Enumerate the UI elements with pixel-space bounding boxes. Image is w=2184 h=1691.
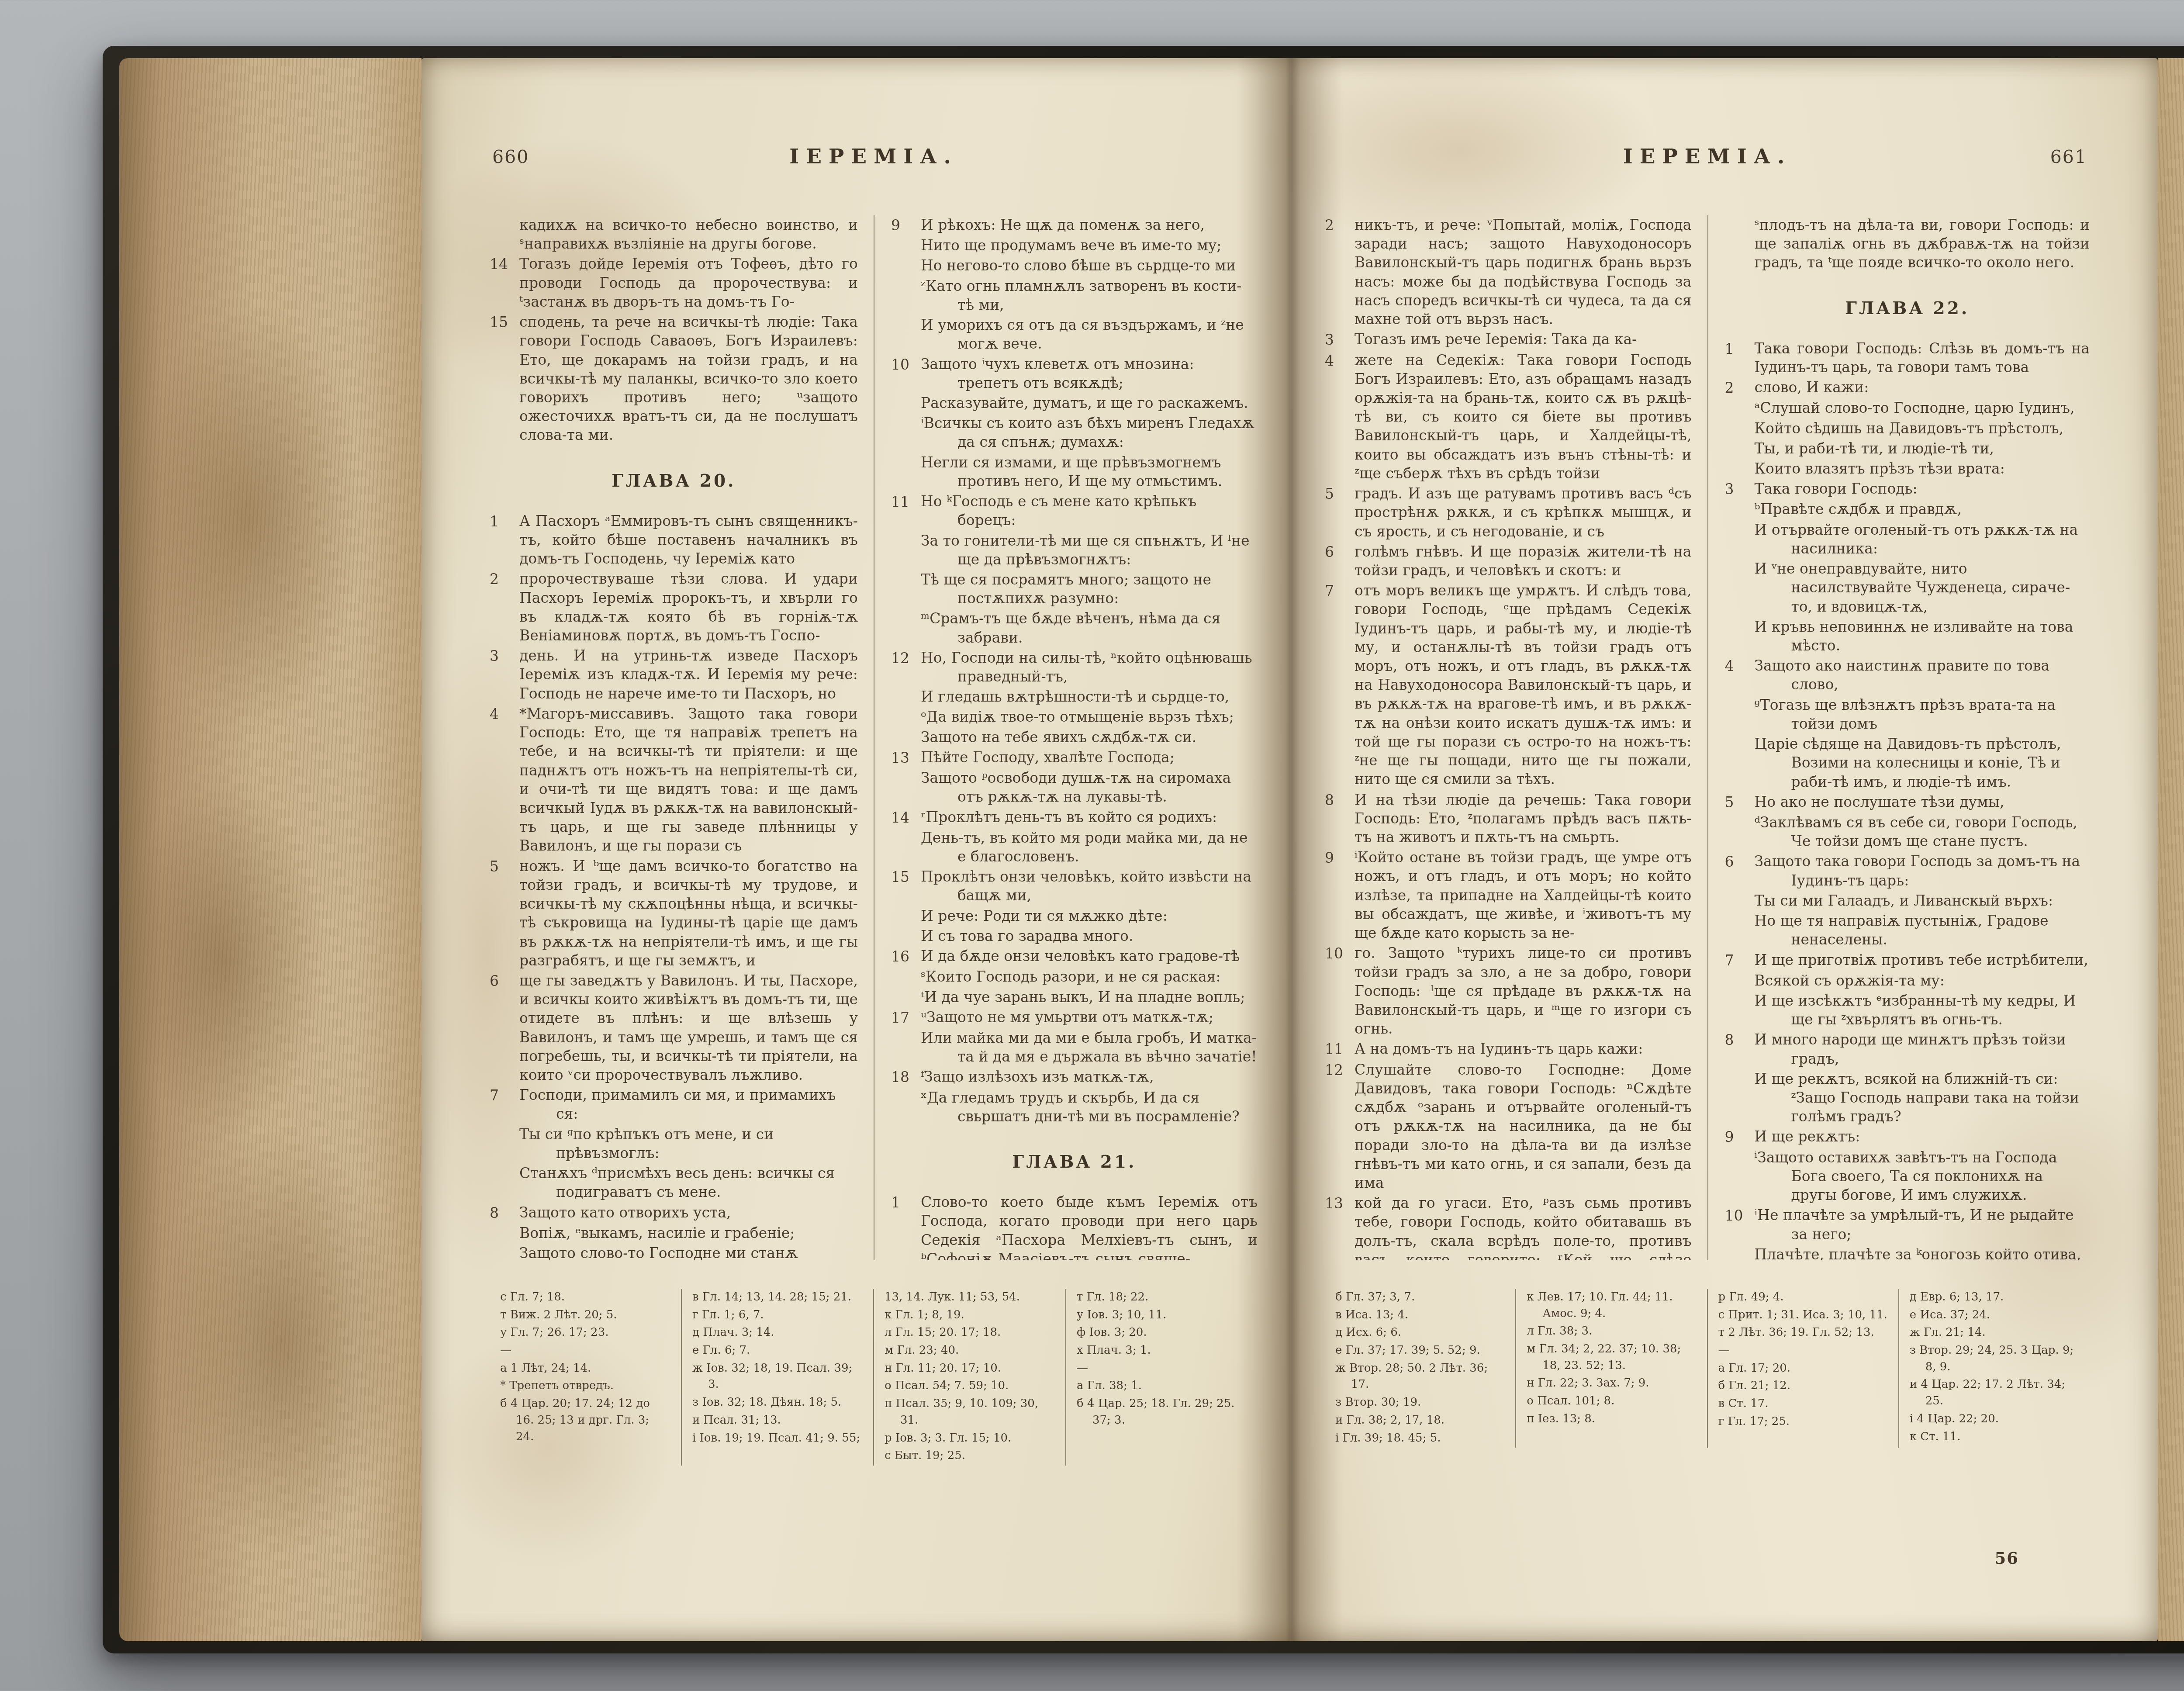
footnote-item: т 2 Лѣт. 36; 19. Гл. 52; 13. [1718, 1324, 1888, 1341]
verse-paragraph: ˣДа гледамъ трудъ и скърбь, И да ся свьр… [891, 1088, 1258, 1126]
verse-number [490, 1244, 519, 1260]
verse-paragraph: ᵐСрамъ-тъ ще бѫде вѣченъ, нѣма да ся заб… [891, 609, 1258, 647]
verse-number: 1 [490, 512, 519, 568]
verse-text: ⁱКойто остане въ тойзи градъ, ще умре от… [1355, 848, 1692, 942]
verse-text: ᵐСрамъ-тъ ще бѫде вѣченъ, нѣма да ся заб… [921, 609, 1258, 647]
verse-paragraph: Тѣ ще ся посрамятъ много; защото не пост… [891, 570, 1258, 608]
verse-paragraph: ᵇПравѣте сѫдбѫ и правдѫ, [1725, 500, 2090, 519]
verse-paragraph: ᵃСлушай слово-то Господне, царю Іудинъ, [1725, 398, 2090, 417]
verse-paragraph: 18 ᶠЗащо излѣзохъ изъ маткѫ-тѫ, [891, 1067, 1258, 1086]
right-page-column-2: ˢплодъ-тъ на дѣла-та ви, говори Господь:… [1707, 215, 2090, 1260]
verse-number [891, 609, 921, 647]
verse-text: ᵘЗащото не мя умьртви отъ маткѫ-тѫ; [921, 1008, 1258, 1027]
verse-text: Защото ако наистинѫ правите по това слов… [1755, 656, 2090, 694]
verse-paragraph: 1 Така говори Господь: Слѣзь въ домъ-тъ … [1725, 339, 2090, 377]
verse-text: ГЛАВА 22. [1845, 298, 1969, 318]
footnote-item: 13, 14. Лук. 11; 53, 54. [885, 1289, 1055, 1306]
verse-paragraph: Които влазятъ прѣзъ тѣзи врата: [1725, 459, 2090, 478]
verse-paragraph: Но негово-то слово бѣше въ сьрдце-то ми [891, 256, 1258, 275]
verse-number [891, 967, 921, 986]
verse-text: И на тѣзи людіе да речешь: Така говори Г… [1355, 790, 1692, 847]
verse-text: И гледашь вѫтрѣшности-тѣ и сьрдце-то, [921, 687, 1258, 706]
footnote-item: і Гл. 39; 18. 45; 5. [1335, 1430, 1505, 1447]
verse-number: 12 [1325, 1060, 1355, 1193]
verse-text: Но, Господи на силы-тѣ, ⁿкойто оцѣнювашь… [921, 648, 1258, 686]
verse-text: Негли ся измами, и ще прѣвъзмогнемъ прот… [921, 453, 1258, 491]
verse-paragraph: 4 Защото ако наистинѫ правите по това сл… [1725, 656, 2090, 694]
fore-edge-left [119, 58, 422, 1641]
verse-number [1725, 559, 1755, 616]
verse-number [891, 906, 921, 925]
verse-text: Ты си ᵍпо крѣпъкъ отъ мене, и си прѣвъзм… [519, 1125, 858, 1162]
verse-number: 7 [1325, 581, 1355, 788]
footnote-item: с Гл. 7; 18. [500, 1289, 670, 1306]
footnote-item: г Гл. 1; 6, 7. [692, 1307, 863, 1324]
verse-paragraph: Царіе сѣдяще на Давидовъ-тъ прѣстолъ, Во… [1725, 734, 2090, 791]
verse-text: И уморихъ ся отъ да ся въздържамъ, и ᶻне… [921, 315, 1258, 353]
verse-text: ʳПроклѣтъ день-тъ въ който ся родихъ: [921, 808, 1258, 827]
verse-number: 13 [891, 748, 921, 767]
verse-number [1725, 1245, 1755, 1260]
footnote-item: и Гл. 38; 2, 17, 18. [1335, 1412, 1505, 1429]
verse-number: 6 [1325, 542, 1355, 580]
verse-paragraph: За то гонители-тѣ ми ще ся спънѫтъ, И ˡн… [891, 531, 1258, 569]
verse-text: пророчествуваше тѣзи слова. И удари Пасх… [519, 569, 858, 645]
verse-number [490, 1125, 519, 1162]
verse-text: Тѣ ще ся посрамятъ много; защото не пост… [921, 570, 1258, 608]
verse-text: кой да го угаси. Ето, ᵖазъ сьмь противъ … [1355, 1193, 1692, 1260]
verse-paragraph: 11 А на домъ-тъ на Іудинъ-тъ царь кажи: [1325, 1039, 1692, 1058]
verse-text: И ще рекѫтъ: [1755, 1127, 2090, 1146]
verse-paragraph: ᵈЗаклѣвамъ ся въ себе си, говори Господь… [1725, 813, 2090, 851]
verse-number: 6 [1725, 852, 1755, 889]
verse-number: 9 [1325, 848, 1355, 942]
verse-paragraph: 9 ⁱКойто остане въ тойзи градъ, ще умре … [1325, 848, 1692, 942]
footnote-item: б 4 Цар. 20; 17. 24; 12 до 16. 25; 13 и … [500, 1396, 670, 1445]
verse-number [891, 570, 921, 608]
verse-text: Тогазъ дойде Іеремія отъ Тофеѳъ, дѣто го… [519, 254, 858, 311]
verse-number: 9 [1725, 1127, 1755, 1146]
running-head-right: ІЕРЕМІА. [1325, 145, 2090, 169]
right-page: ІЕРЕМІА. 661 2 никъ-тъ, и рече: ᵛПопытай… [1290, 58, 2158, 1641]
verse-text: День-тъ, въ който мя роди майка ми, да н… [921, 828, 1258, 866]
verse-paragraph: И отървайте оголеный-тъ отъ рѫкѫ-тѫ на н… [1725, 520, 2090, 558]
verse-text: И рече: Роди ти ся мѫжко дѣте: [921, 906, 1258, 925]
verse-number [1725, 971, 1755, 990]
footnote-item: к Ст. 11. [1910, 1429, 2079, 1445]
footnote-item: ж Втор. 28; 50. 2 Лѣт. 36; 17. [1335, 1360, 1505, 1393]
footnote-item: д Исх. 6; 6. [1335, 1324, 1505, 1341]
verse-text: Господи, примамилъ си мя, и примамихъ ся… [519, 1086, 858, 1123]
verse-paragraph: 4 *Магоръ-миссавивъ. Защото така говори … [490, 704, 858, 855]
footnote-item: ж Гл. 21; 14. [1910, 1324, 2079, 1341]
verse-number [1725, 911, 1755, 949]
verse-text: ᶠЗащо излѣзохъ изъ маткѫ-тѫ, [921, 1067, 1258, 1086]
footnote-column-4: д Евр. 6; 13, 17.е Иса. 37; 24.ж Гл. 21;… [1898, 1289, 2090, 1448]
verse-text: ᵃСлушай слово-то Господне, царю Іудинъ, [1755, 398, 2090, 417]
signature-mark: 56 [1995, 1549, 2019, 1568]
verse-paragraph: И гледашь вѫтрѣшности-тѣ и сьрдце-то, [891, 687, 1258, 706]
verse-number: 4 [1325, 351, 1355, 483]
verse-number [891, 256, 921, 275]
verse-text: Ты, и раби-тѣ ти, и людіе-тѣ ти, [1755, 439, 2090, 458]
footnote-item: м Гл. 34; 2, 22. 37; 10. 38; 18, 23. 52;… [1527, 1341, 1696, 1374]
verse-paragraph: ГЛАВА 21. [891, 1151, 1258, 1173]
verse-number: 7 [490, 1086, 519, 1123]
verse-paragraph: 14 Тогазъ дойде Іеремія отъ Тофеѳъ, дѣто… [490, 254, 858, 311]
verse-text: Които влазятъ прѣзъ тѣзи врата: [1755, 459, 2090, 478]
verse-paragraph: Защото на тебе явихъ сѫдбѫ-тѫ си. [891, 728, 1258, 747]
verse-number [891, 687, 921, 706]
verse-paragraph: 12 Но, Господи на силы-тѣ, ⁿкойто оцѣнюв… [891, 648, 1258, 686]
verse-text: ГЛАВА 21. [1012, 1152, 1136, 1172]
verse-number: 17 [891, 1008, 921, 1027]
verse-text: Станѫхъ ᵈприсмѣхъ весь день: всичкы ся п… [519, 1164, 858, 1201]
verse-number: 11 [891, 492, 921, 529]
verse-text: ⁱНе плачѣте за умрѣлый-тъ, И не рыдайте … [1755, 1206, 2090, 1243]
verse-text: Защото на тебе явихъ сѫдбѫ-тѫ си. [921, 728, 1258, 747]
verse-paragraph: Но ще тя направіѫ пустыніѫ, Градове нена… [1725, 911, 2090, 949]
verse-text: ᵒДа видіѫ твое-то отмыщеніе вьрзъ тѣхъ; [921, 707, 1258, 726]
footnote-item: * Трепетъ отвредъ. [500, 1378, 670, 1394]
verse-paragraph: 8 Защото като отворихъ уста, [490, 1203, 858, 1222]
right-page-footnotes: б Гл. 37; 3, 7.в Иса. 13; 4.д Исх. 6; 6.… [1325, 1289, 2090, 1448]
footnote-item: ж Іов. 32; 18, 19. Псал. 39; 3. [692, 1360, 863, 1393]
verse-number: 3 [1725, 479, 1755, 498]
footnote-item: — [500, 1342, 670, 1359]
verse-paragraph: ᵒДа видіѫ твое-то отмыщеніе вьрзъ тѣхъ; [891, 707, 1258, 726]
verse-paragraph: День-тъ, въ който мя роди майка ми, да н… [891, 828, 1258, 866]
left-page-header: 660 ІЕРЕМІА. [490, 145, 1258, 179]
verse-paragraph: ⁱЗащото оставихѫ завѣтъ-тъ на Господа Бо… [1725, 1148, 2090, 1205]
verse-paragraph: ˢплодъ-тъ на дѣла-та ви, говори Господь:… [1725, 215, 2090, 272]
verse-text: слово, И кажи: [1755, 378, 2090, 397]
verse-number [1725, 439, 1755, 458]
footnote-item: к Гл. 1; 8, 19. [885, 1307, 1055, 1324]
footnote-item: в Иса. 13; 4. [1335, 1307, 1505, 1324]
verse-paragraph: Защото ᵖосвободи душѫ-тѫ на сиромаха отъ… [891, 768, 1258, 806]
footnote-item: ф Іов. 3; 20. [1077, 1324, 1247, 1341]
verse-number: 2 [490, 569, 519, 645]
footnote-item: р Гл. 49; 4. [1718, 1289, 1888, 1306]
verse-number: 8 [1325, 790, 1355, 847]
verse-paragraph: 5 ножъ. И ᵇще дамъ всичко-то богатство н… [490, 857, 858, 970]
paper-stain [159, 1128, 403, 1556]
verse-paragraph: 16 И да бѫде онзи человѣкъ като градове-… [891, 947, 1258, 966]
left-page-column-2: 9 И рѣкохъ: Не щѫ да поменѫ за него, Нит… [874, 215, 1258, 1260]
verse-text: И много народи ще минѫтъ прѣзъ тойзи гра… [1755, 1030, 2090, 1068]
verse-text: И съ това го зарадва много. [921, 927, 1258, 945]
verse-number: 11 [1325, 1039, 1355, 1058]
verse-number [1725, 1069, 1755, 1126]
verse-text: Вопіѫ, ᵉвыкамъ, насиліе и грабеніе; [519, 1224, 858, 1242]
verse-number: 14 [891, 808, 921, 827]
verse-paragraph: И съ това го зарадва много. [891, 927, 1258, 945]
verse-text: Защото слово-то Господне ми станѫ Поноше… [519, 1244, 858, 1260]
verse-paragraph: ГЛАВА 20. [490, 470, 858, 492]
verse-paragraph: 9 И рѣкохъ: Не щѫ да поменѫ за него, [891, 215, 1258, 235]
verse-text: ще гы заведѫтъ у Вавилонъ. И ты, Пасхоре… [519, 971, 858, 1084]
left-page-number: 660 [492, 146, 529, 167]
verse-number: 7 [1725, 951, 1755, 970]
book-cover: 660 ІЕРЕМІА. кадихѫ на всичко-то небесно… [103, 46, 2184, 1653]
verse-text: *Магоръ-миссавивъ. Защото така говори Го… [519, 704, 858, 855]
footnote-item: о Псал. 54; 7. 59; 10. [885, 1378, 1055, 1394]
verse-number [891, 453, 921, 491]
verse-number: 2 [1725, 378, 1755, 397]
right-page-number: 661 [2050, 146, 2087, 167]
verse-number: 8 [490, 1203, 519, 1222]
verse-number: 3 [490, 646, 519, 703]
verse-paragraph: 4 жете на Седекіѫ: Така говори Господь Б… [1325, 351, 1692, 483]
verse-paragraph: ˢКоито Господь разори, и не ся раская: [891, 967, 1258, 986]
verse-text: И кръвь неповиннѫ не изливайте на това м… [1755, 617, 2090, 655]
verse-text: Или майка ми да ми е была гробъ, И матка… [921, 1028, 1258, 1066]
verse-paragraph: Ты, и раби-тѣ ти, и людіе-тѣ ти, [1725, 439, 2090, 458]
verse-text: Ты си ми Галаадъ, и Ливанскый върхъ: [1755, 891, 2090, 910]
verse-text: Защото като отворихъ уста, [519, 1203, 858, 1222]
verse-paragraph: Станѫхъ ᵈприсмѣхъ весь день: всичкы ся п… [490, 1164, 858, 1201]
verse-text: И отървайте оголеный-тъ отъ рѫкѫ-тѫ на н… [1755, 520, 2090, 558]
footnote-item: в Ст. 17. [1718, 1396, 1888, 1412]
verse-paragraph: 3 Тогазъ имъ рече Іеремія: Така да ка- [1325, 330, 1692, 349]
verse-text: Слово-то което быде къмъ Іереміѫ отъ Гос… [921, 1193, 1258, 1260]
footnote-column-2: к Лев. 17; 10. Гл. 44; 11. Амос. 9; 4.л … [1515, 1289, 1707, 1448]
footnote-item: и 4 Цар. 22; 17. 2 Лѣт. 34; 25. [1910, 1376, 2079, 1409]
verse-paragraph: ᶻКато огнь пламнѫлъ затворенъ въ кости-т… [891, 277, 1258, 314]
verse-text: Но ако не послушате тѣзи думы, [1755, 792, 2090, 812]
verse-paragraph: 17 ᵘЗащото не мя умьртви отъ маткѫ-тѫ; [891, 1008, 1258, 1027]
verse-text: И рѣкохъ: Не щѫ да поменѫ за него, [921, 215, 1258, 235]
verse-paragraph: 1 Слово-то което быде къмъ Іереміѫ отъ Г… [891, 1193, 1258, 1260]
verse-number [1725, 398, 1755, 417]
verse-paragraph: 10 ⁱНе плачѣте за умрѣлый-тъ, И не рыдай… [1725, 1206, 2090, 1243]
verse-text: И ще изсѣкѫтъ ᵉизбранны-тѣ му кедры, И щ… [1755, 991, 2090, 1029]
verse-number [1725, 734, 1755, 791]
verse-paragraph: 6 Защото така говори Господь за домъ-тъ … [1725, 852, 2090, 889]
verse-paragraph: 7 Господи, примамилъ си мя, и примамихъ … [490, 1086, 858, 1123]
verse-number: 15 [891, 867, 921, 905]
verse-paragraph: Ты си ᵍпо крѣпъкъ отъ мене, и си прѣвъзм… [490, 1125, 858, 1162]
verse-number: 16 [891, 947, 921, 966]
footnote-item: з Втор. 30; 19. [1335, 1394, 1505, 1411]
verse-paragraph: И уморихъ ся отъ да ся въздържамъ, и ᶻне… [891, 315, 1258, 353]
footnote-item: а 1 Лѣт, 24; 14. [500, 1360, 670, 1377]
verse-number: 10 [1725, 1206, 1755, 1243]
verse-number [891, 988, 921, 1006]
footnote-item: н Гл. 22; 3. Зах. 7; 9. [1527, 1375, 1696, 1392]
verse-paragraph: 10 Защото ⁱчухъ клеветѫ отъ мнозина: тре… [891, 355, 1258, 392]
verse-text: ᵍТогазь ще влѣзнѫтъ прѣзъ врата-та на то… [1755, 695, 2090, 733]
footnote-item: у Іов. 3; 10, 11. [1077, 1307, 1247, 1324]
verse-paragraph: Негли ся измами, и ще прѣвъзмогнемъ прот… [891, 453, 1258, 491]
verse-number [1725, 520, 1755, 558]
verse-text: Слушайте слово-то Господне: Доме Давидов… [1355, 1060, 1692, 1193]
footnote-item: у Гл. 7; 26. 17; 23. [500, 1324, 670, 1341]
verse-number: 4 [1725, 656, 1755, 694]
verse-number [1725, 500, 1755, 519]
verse-text: ᵈЗаклѣвамъ ся въ себе си, говори Господь… [1755, 813, 2090, 851]
verse-number: 9 [891, 215, 921, 235]
verse-paragraph: 2 никъ-тъ, и рече: ᵛПопытай, моліѫ, Госп… [1325, 215, 1692, 329]
verse-number [891, 315, 921, 353]
verse-paragraph: 5 Но ако не послушате тѣзи думы, [1725, 792, 2090, 812]
verse-text: А на домъ-тъ на Іудинъ-тъ царь кажи: [1355, 1039, 1692, 1058]
verse-paragraph: И ᵛне онеправдувайте, нито насилствувайт… [1725, 559, 2090, 616]
footnote-item: т Гл. 18; 22. [1077, 1289, 1247, 1306]
verse-paragraph: Расказувайте, думатъ, и ще го раскажемъ. [891, 394, 1258, 412]
verse-number [891, 394, 921, 412]
verse-paragraph: 13 Пѣйте Господу, хвалѣте Господа; [891, 748, 1258, 767]
left-page-footnotes: с Гл. 7; 18.т Виж. 2 Лѣт. 20; 5.у Гл. 7;… [490, 1289, 1258, 1466]
verse-number: 8 [1725, 1030, 1755, 1068]
verse-paragraph: 9 И ще рекѫтъ: [1725, 1127, 2090, 1146]
footnote-item: л Гл. 38; 3. [1527, 1323, 1696, 1340]
footnote-item: п Псал. 35; 9, 10. 109; 30, 31. [885, 1396, 1055, 1428]
verse-paragraph: 6 ще гы заведѫтъ у Вавилонъ. И ты, Пасхо… [490, 971, 858, 1084]
footnote-item: г Гл. 17; 25. [1718, 1414, 1888, 1430]
verse-text: жете на Седекіѫ: Така говори Господь Бог… [1355, 351, 1692, 483]
verse-number [891, 531, 921, 569]
verse-number [891, 828, 921, 866]
verse-number: 1 [891, 1193, 921, 1260]
footnote-item: с Быт. 19; 25. [885, 1448, 1055, 1464]
verse-paragraph: Вопіѫ, ᵉвыкамъ, насиліе и грабеніе; [490, 1224, 858, 1242]
footnote-column-2: в Гл. 14; 13, 14. 28; 15; 21.г Гл. 1; 6,… [681, 1289, 873, 1466]
verse-text: го. Защото ᵏтурихъ лице-то си противъ то… [1355, 944, 1692, 1038]
verse-paragraph: 2 пророчествуваше тѣзи слова. И удари Па… [490, 569, 858, 645]
verse-number: 5 [490, 857, 519, 970]
verse-number: 14 [490, 254, 519, 311]
verse-number [1725, 1148, 1755, 1205]
verse-number [891, 707, 921, 726]
right-page-header: ІЕРЕМІА. 661 [1325, 145, 2090, 179]
verse-number [490, 215, 519, 253]
verse-text: А Пасхоръ ᵃЕммировъ-тъ сынъ священникъ-т… [519, 512, 858, 568]
verse-text: ᵇПравѣте сѫдбѫ и правдѫ, [1755, 500, 2090, 519]
verse-number [891, 236, 921, 255]
verse-text: Така говори Господь: [1755, 479, 2090, 498]
verse-text: Защото така говори Господь за домъ-тъ на… [1755, 852, 2090, 889]
verse-text: ˢКоито Господь разори, и не ся раская: [921, 967, 1258, 986]
verse-text: И ᵛне онеправдувайте, нито насилствувайт… [1755, 559, 2090, 616]
verse-paragraph: ᵗИ да чуе зарань выкъ, И на пладне вопль… [891, 988, 1258, 1006]
left-page: 660 ІЕРЕМІА. кадихѫ на всичко-то небесно… [422, 58, 1290, 1641]
verse-paragraph: 14 ʳПроклѣтъ день-тъ въ който ся родихъ: [891, 808, 1258, 827]
verse-text: отъ моръ великъ ще умрѫтъ. И слѣдъ това,… [1355, 581, 1692, 788]
verse-paragraph: 10 го. Защото ᵏтурихъ лице-то си противъ… [1325, 944, 1692, 1038]
footnote-item: о Псал. 101; 8. [1527, 1393, 1696, 1410]
verse-text: Проклѣтъ онзи человѣкъ, който извѣсти на… [921, 867, 1258, 905]
verse-text: Но ᵏГосподь е съ мене като крѣпькъ борец… [921, 492, 1258, 529]
verse-text: Тогазъ имъ рече Іеремія: Така да ка- [1355, 330, 1692, 349]
verse-text: градъ. И азъ ще ратувамъ противъ васъ ᵈс… [1355, 484, 1692, 541]
verse-number [891, 728, 921, 747]
verse-text: Всякой съ орѫжія-та му: [1755, 971, 2090, 990]
verse-number [1725, 419, 1755, 438]
verse-number: 2 [1325, 215, 1355, 329]
verse-number [1725, 891, 1755, 910]
footnote-item: з Іов. 32; 18. Дѣян. 18; 5. [692, 1394, 863, 1411]
footnote-item: е Гл. 37; 17. 39; 5. 52; 9. [1335, 1342, 1505, 1359]
verse-text: сподень, та рече на всичкы-тѣ людіе: Так… [519, 312, 858, 445]
photo-of-open-bible: { "book": { "left_page": { "page_number"… [0, 0, 2184, 1691]
verse-number [1725, 215, 1755, 272]
verse-text: Нито ще продумамъ вече въ име-то му; [921, 236, 1258, 255]
footnote-item: к Лев. 17; 10. Гл. 44; 11. Амос. 9; 4. [1527, 1289, 1696, 1322]
footnote-item: — [1077, 1360, 1247, 1377]
verse-paragraph: 1 А Пасхоръ ᵃЕммировъ-тъ сынъ священникъ… [490, 512, 858, 568]
verse-number [891, 768, 921, 806]
footnote-item: и Псал. 31; 13. [692, 1412, 863, 1429]
verse-number [891, 1028, 921, 1066]
footnote-item: б Гл. 37; 3, 7. [1335, 1289, 1505, 1306]
verse-text: Така говори Господь: Слѣзь въ домъ-тъ на… [1755, 339, 2090, 377]
footnote-item: б Гл. 21; 12. [1718, 1378, 1888, 1394]
verse-text: ˢплодъ-тъ на дѣла-та ви, говори Господь:… [1755, 215, 2090, 272]
verse-paragraph: 5 градъ. И азъ ще ратувамъ противъ васъ … [1325, 484, 1692, 541]
verse-paragraph: 15 сподень, та рече на всичкы-тѣ людіе: … [490, 312, 858, 445]
verse-number [490, 1164, 519, 1201]
verse-number [1725, 459, 1755, 478]
verse-text: За то гонители-тѣ ми ще ся спънѫтъ, И ˡн… [921, 531, 1258, 569]
verse-number: 3 [1325, 330, 1355, 349]
verse-number [1725, 991, 1755, 1029]
footnote-item: б 4 Цар. 25; 18. Гл. 29; 25. 37; 3. [1077, 1396, 1247, 1428]
footnote-item: д Евр. 6; 13, 17. [1910, 1289, 2079, 1306]
footnote-item: — [1718, 1342, 1888, 1359]
verse-paragraph: Защото слово-то Господне ми станѫ Поноше… [490, 1244, 858, 1260]
verse-number: 10 [891, 355, 921, 392]
verse-text: ⁱВсичкы съ които азъ бѣхъ миренъ Гледахѫ… [921, 414, 1258, 451]
verse-paragraph: Всякой съ орѫжія-та му: [1725, 971, 2090, 990]
verse-text: голѣмъ гнѣвъ. И ще поразіѫ жители-тѣ на … [1355, 542, 1692, 580]
verse-text: ГЛАВА 20. [612, 471, 736, 491]
verse-text: Но ще тя направіѫ пустыніѫ, Градове нена… [1755, 911, 2090, 949]
footnote-column-3: р Гл. 49; 4.с Прит. 1; 31. Иса. 3; 10, 1… [1707, 1289, 1898, 1448]
verse-paragraph: ГЛАВА 22. [1725, 297, 2090, 320]
verse-number [891, 1088, 921, 1126]
verse-paragraph: 15 Проклѣтъ онзи человѣкъ, който извѣсти… [891, 867, 1258, 905]
verse-number: 5 [1325, 484, 1355, 541]
verse-paragraph: И кръвь неповиннѫ не изливайте на това м… [1725, 617, 2090, 655]
verse-number: 5 [1725, 792, 1755, 812]
verse-number: 13 [1325, 1193, 1355, 1260]
footnote-item: т Виж. 2 Лѣт. 20; 5. [500, 1307, 670, 1324]
footnote-item: з Втор. 29; 24, 25. 3 Цар. 9; 8, 9. [1910, 1342, 2079, 1375]
verse-text: ᶻКато огнь пламнѫлъ затворенъ въ кости-т… [921, 277, 1258, 314]
verse-number [1725, 695, 1755, 733]
verse-number [1725, 617, 1755, 655]
verse-number: 4 [490, 704, 519, 855]
verse-paragraph: 7 отъ моръ великъ ще умрѫтъ. И слѣдъ тов… [1325, 581, 1692, 788]
footnote-item: п Іез. 13; 8. [1527, 1411, 1696, 1428]
verse-paragraph: 11 Но ᵏГосподь е съ мене като крѣпькъ бо… [891, 492, 1258, 529]
verse-paragraph: Ты си ми Галаадъ, и Ливанскый върхъ: [1725, 891, 2090, 910]
verse-paragraph: 13 кой да го угаси. Ето, ᵖазъ сьмь проти… [1325, 1193, 1692, 1260]
running-head-left: ІЕРЕМІА. [490, 145, 1258, 169]
footnote-item: е Иса. 37; 24. [1910, 1307, 2079, 1324]
footnote-item: н Гл. 11; 20. 17; 10. [885, 1360, 1055, 1377]
verse-paragraph: Или майка ми да ми е была гробъ, И матка… [891, 1028, 1258, 1066]
verse-text: ⁱЗащото оставихѫ завѣтъ-тъ на Господа Бо… [1755, 1148, 2090, 1205]
verse-text: ножъ. И ᵇще дамъ всичко-то богатство на … [519, 857, 858, 970]
verse-text: И ще рекѫтъ, всякой на ближній-тъ си: ᶻЗ… [1755, 1069, 2090, 1126]
verse-paragraph: Който сѣдишь на Давидовъ-тъ прѣстолъ, [1725, 419, 2090, 438]
footnote-item: д Плач. 3; 14. [692, 1324, 863, 1341]
verse-text: Който сѣдишь на Давидовъ-тъ прѣстолъ, [1755, 419, 2090, 438]
footnote-column-1: с Гл. 7; 18.т Виж. 2 Лѣт. 20; 5.у Гл. 7;… [490, 1289, 681, 1466]
